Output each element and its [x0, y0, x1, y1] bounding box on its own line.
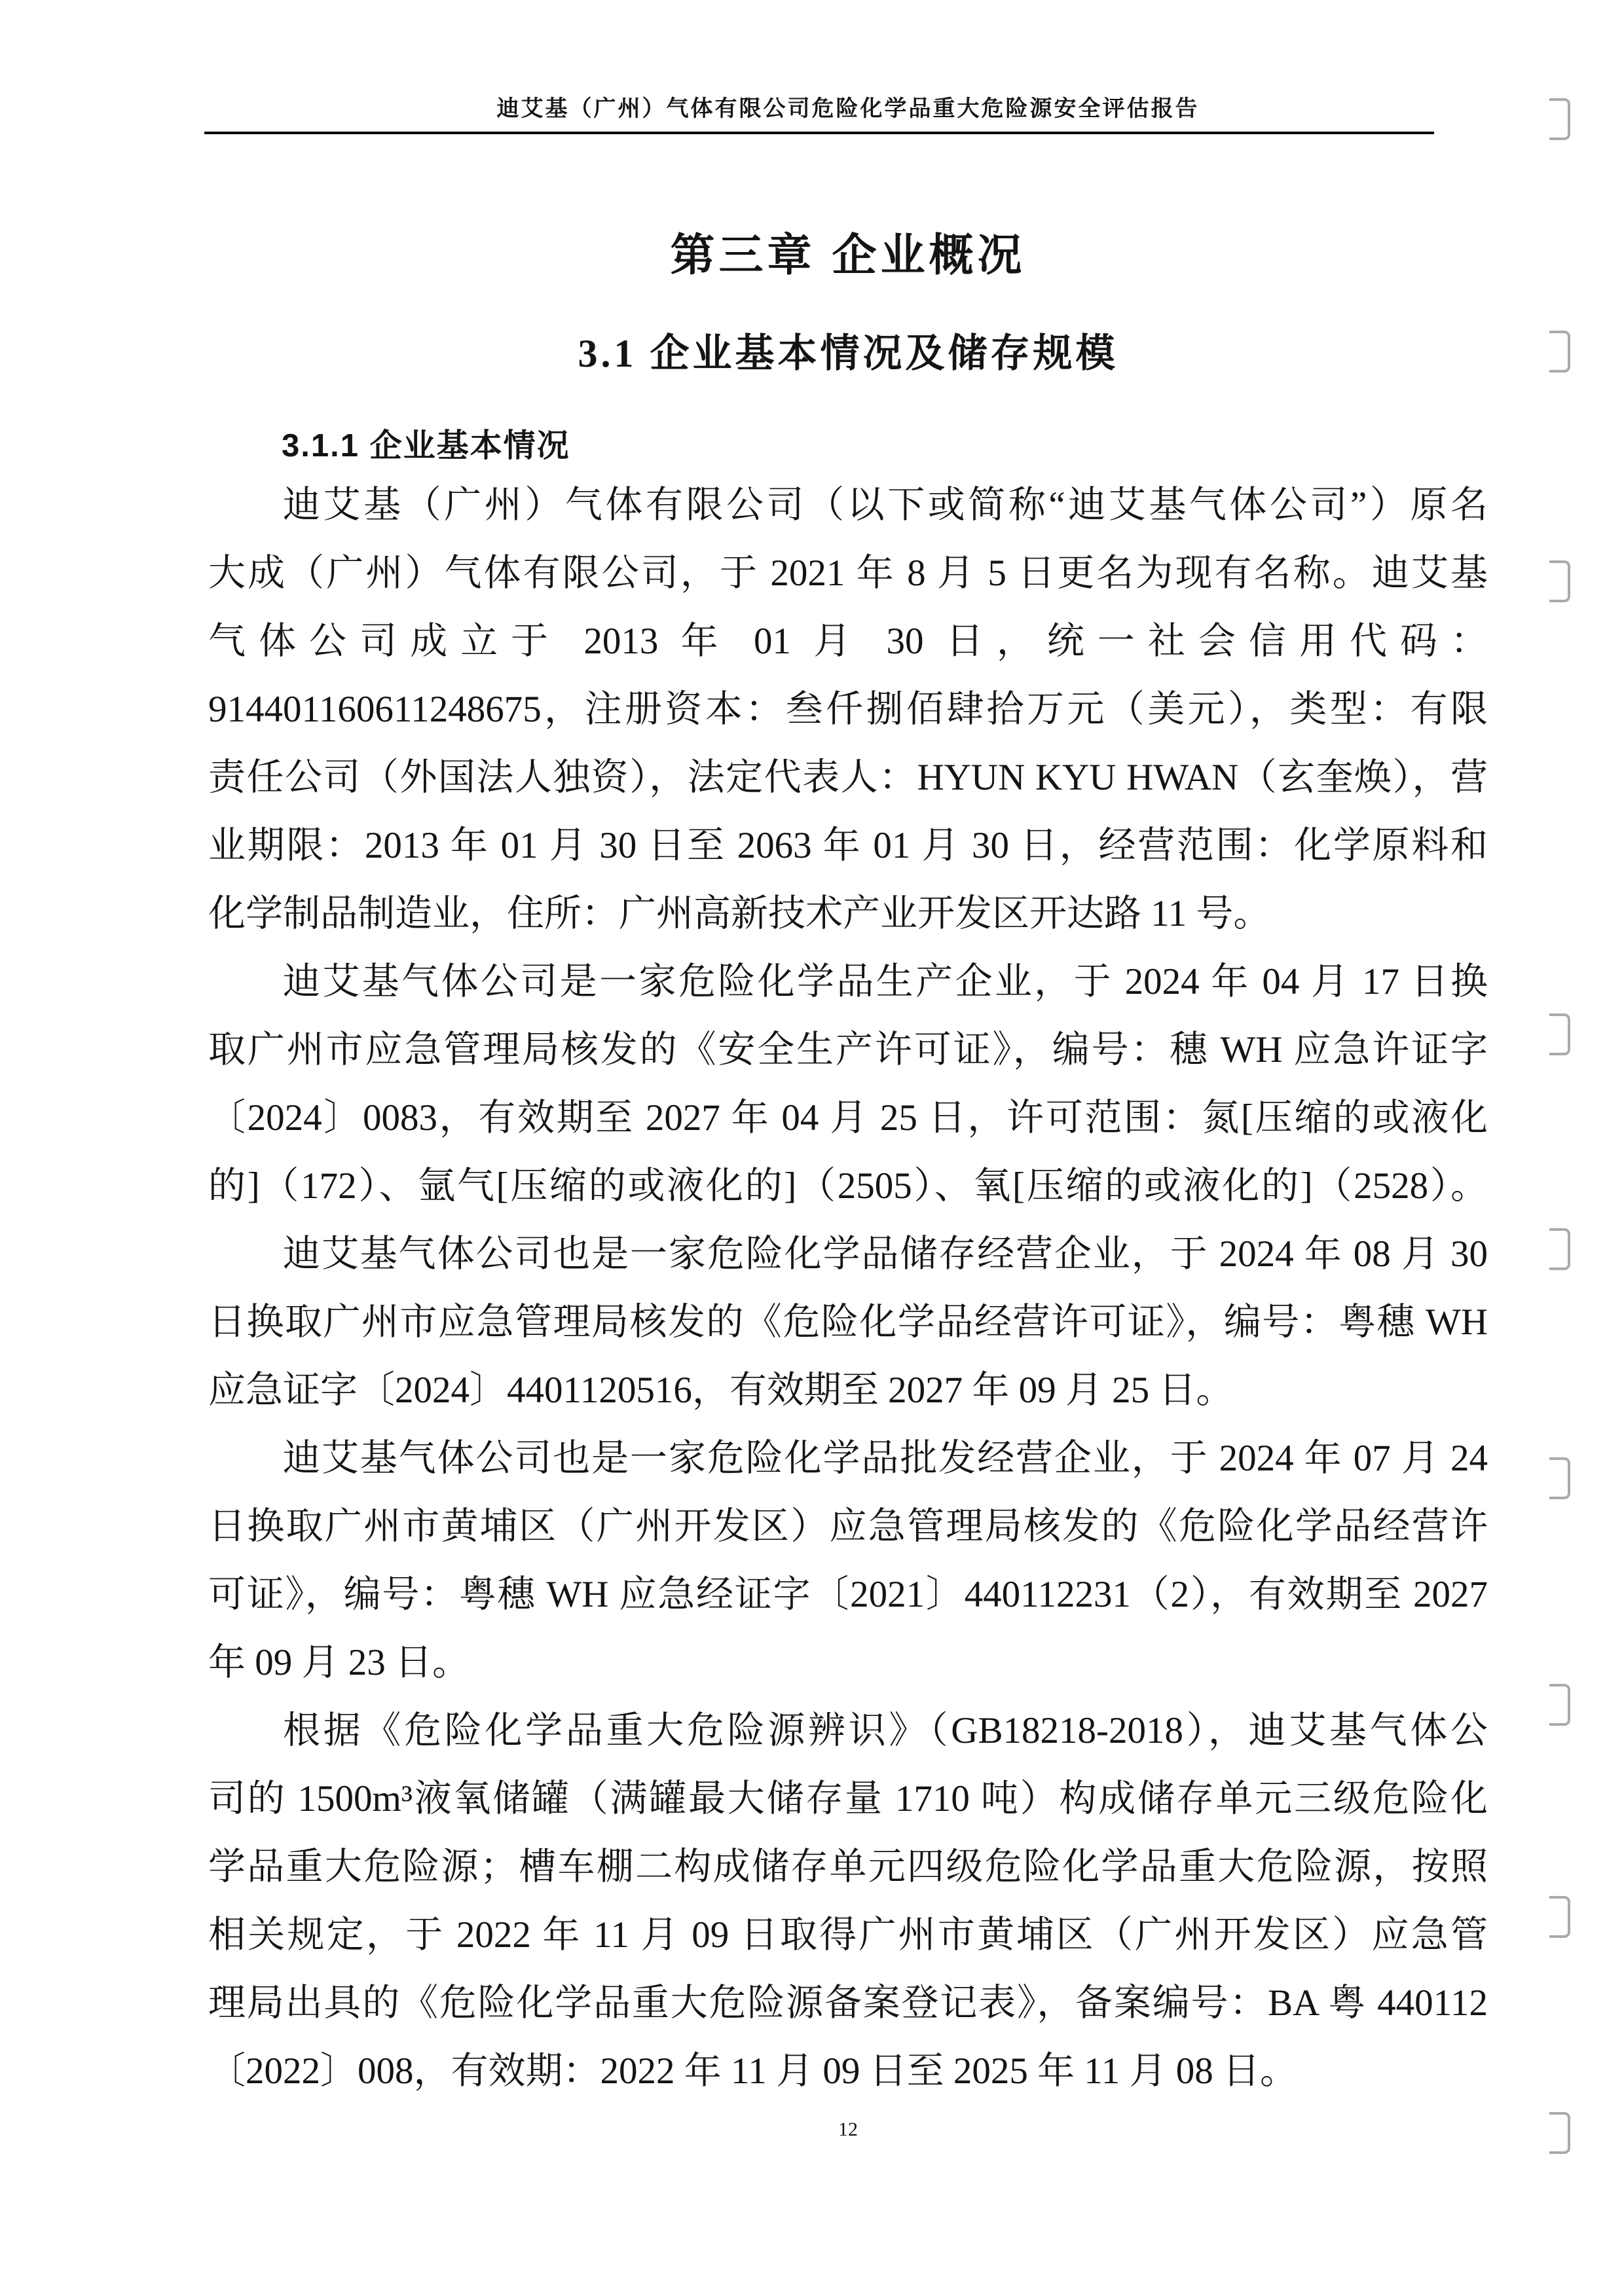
- body-line: 大成（广州）气体有限公司，于 2021 年 8 月 5 日更名为现有名称。迪艾基: [208, 539, 1488, 608]
- binder-hole-mark: [1549, 1684, 1570, 1726]
- body-line: 914401160611248675，注册资本：叁仟捌佰肆拾万元（美元），类型：…: [208, 676, 1488, 744]
- binder-hole-mark: [1549, 98, 1570, 140]
- body-line: 化学制品制造业，住所：广州高新技术产业开发区开达路 11 号。: [208, 880, 1488, 948]
- body-line: 相关规定，于 2022 年 11 月 09 日取得广州市黄埔区（广州开发区）应急…: [208, 1901, 1488, 1969]
- binder-hole-mark: [1549, 331, 1570, 373]
- body-line: 年 09 月 23 日。: [208, 1629, 1488, 1697]
- body-line: 可证》，编号：粤穗 WH 应急经证字〔2021〕440112231（2），有效期…: [208, 1561, 1488, 1629]
- body-line: 根据《危险化学品重大危险源辨识》（GB18218-2018），迪艾基气体公: [208, 1697, 1488, 1765]
- body-line: 〔2024〕0083，有效期至 2027 年 04 月 25 日，许可范围：氮[…: [208, 1084, 1488, 1152]
- body-line: 迪艾基气体公司也是一家危险化学品储存经营企业，于 2024 年 08 月 30: [208, 1220, 1488, 1288]
- binder-hole-mark: [1549, 2112, 1570, 2154]
- body-line: 业期限：2013 年 01 月 30 日至 2063 年 01 月 30 日，经…: [208, 812, 1488, 880]
- subsection-title: 3.1.1 企业基本情况: [282, 420, 570, 466]
- body-line: 应急证字〔2024〕4401120516，有效期至 2027 年 09 月 25…: [208, 1357, 1488, 1425]
- paragraph: 迪艾基（广州）气体有限公司（以下或简称“迪艾基气体公司”）原名 大成（广州）气体…: [208, 471, 1488, 948]
- body-line: 责任公司（外国法人独资），法定代表人：HYUN KYU HWAN（玄奎焕），营: [208, 744, 1488, 812]
- body-line: 迪艾基（广州）气体有限公司（以下或简称“迪艾基气体公司”）原名: [208, 471, 1488, 539]
- header-rule: [204, 132, 1434, 134]
- body-line: 日换取广州市应急管理局核发的《危险化学品经营许可证》，编号：粤穗 WH: [208, 1288, 1488, 1357]
- paragraph: 根据《危险化学品重大危险源辨识》（GB18218-2018），迪艾基气体公 司的…: [208, 1697, 1488, 2105]
- binder-hole-mark: [1549, 1013, 1570, 1055]
- binder-hole-mark: [1549, 1457, 1570, 1499]
- chapter-title: 第三章 企业概况: [208, 220, 1488, 283]
- body-line: 气体公司成立于 2013 年 01 月 30 日，统一社会信用代码：: [208, 608, 1488, 676]
- page-number: 12: [208, 2119, 1488, 2141]
- section-title: 3.1 企业基本情况及储存规模: [208, 322, 1488, 378]
- body-line: 理局出具的《危险化学品重大危险源备案登记表》，备案编号：BA 粤 440112: [208, 1969, 1488, 2037]
- document-page: 迪艾基（广州）气体有限公司危险化学品重大危险源安全评估报告 第三章 企业概况 3…: [0, 0, 1624, 2296]
- body-line: 迪艾基气体公司是一家危险化学品生产企业，于 2024 年 04 月 17 日换: [208, 948, 1488, 1016]
- paragraph: 迪艾基气体公司也是一家危险化学品批发经营企业，于 2024 年 07 月 24 …: [208, 1425, 1488, 1697]
- binder-hole-mark: [1549, 560, 1570, 602]
- body-line: 司的 1500m³液氧储罐（满罐最大储存量 1710 吨）构成储存单元三级危险化: [208, 1765, 1488, 1833]
- body-line: 迪艾基气体公司也是一家危险化学品批发经营企业，于 2024 年 07 月 24: [208, 1425, 1488, 1493]
- body-text: 迪艾基（广州）气体有限公司（以下或简称“迪艾基气体公司”）原名 大成（广州）气体…: [208, 471, 1488, 2105]
- binder-hole-mark: [1549, 1228, 1570, 1270]
- body-line: 学品重大危险源；槽车棚二构成储存单元四级危险化学品重大危险源，按照: [208, 1833, 1488, 1901]
- body-line: 取广州市应急管理局核发的《安全生产许可证》，编号：穗 WH 应急许证字: [208, 1016, 1488, 1084]
- paragraph: 迪艾基气体公司是一家危险化学品生产企业，于 2024 年 04 月 17 日换 …: [208, 948, 1488, 1220]
- binder-hole-mark: [1549, 1896, 1570, 1938]
- page-header-title: 迪艾基（广州）气体有限公司危险化学品重大危险源安全评估报告: [208, 90, 1488, 122]
- paragraph: 迪艾基气体公司也是一家危险化学品储存经营企业，于 2024 年 08 月 30 …: [208, 1220, 1488, 1425]
- body-line: 〔2022〕008，有效期：2022 年 11 月 09 日至 2025 年 1…: [208, 2037, 1488, 2105]
- body-line: 日换取广州市黄埔区（广州开发区）应急管理局核发的《危险化学品经营许: [208, 1493, 1488, 1561]
- body-line: 的]（172）、氩气[压缩的或液化的]（2505）、氧[压缩的或液化的]（252…: [208, 1152, 1488, 1220]
